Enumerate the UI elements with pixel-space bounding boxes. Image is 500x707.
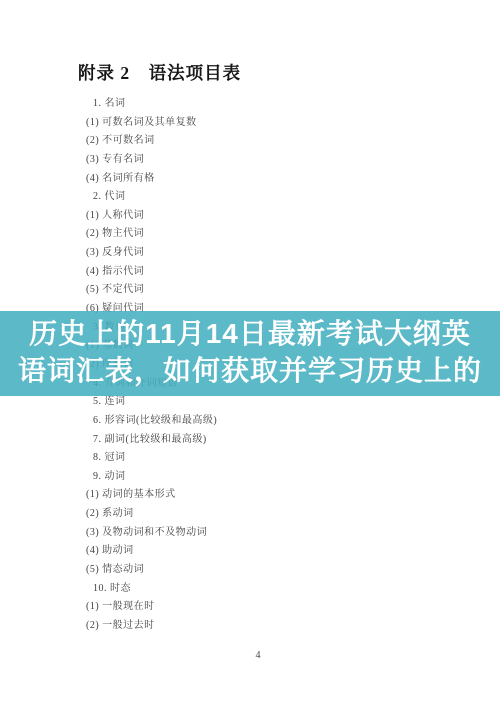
- grammar-list-item: (3) 及物动词和不及物动词: [86, 524, 466, 543]
- overlay-title-line2: 语词汇表，如何获取并学习历史上的: [0, 352, 500, 389]
- grammar-list-item: 1. 名词: [86, 95, 466, 114]
- grammar-list-item: 6. 形容词(比较级和最高级): [86, 412, 466, 431]
- grammar-list-item: 2. 代词: [86, 188, 466, 207]
- grammar-list-item: (4) 指示代词: [86, 263, 466, 282]
- grammar-list-item: (3) 专有名词: [86, 151, 466, 170]
- grammar-list-item: (1) 可数名词及其单复数: [86, 114, 466, 133]
- grammar-list-item: (5) 不定代词: [86, 281, 466, 300]
- grammar-list-item: (1) 一般现在时: [86, 598, 466, 617]
- grammar-list-item: (5) 情态动词: [86, 561, 466, 580]
- overlay-title-banner: 历史上的11月14日最新考试大纲英 语词汇表，如何获取并学习历史上的: [0, 311, 500, 396]
- grammar-list-item: 10. 时态: [86, 580, 466, 599]
- grammar-list-item: 7. 副词(比较级和最高级): [86, 431, 466, 450]
- grammar-list-item: (4) 助动词: [86, 542, 466, 561]
- grammar-list-item: (2) 一般过去时: [86, 617, 466, 636]
- appendix-title: 附录 2 语法项目表: [78, 60, 241, 85]
- grammar-list-item: (2) 系动词: [86, 505, 466, 524]
- scanned-document-page: 附录 2 语法项目表 1. 名词(1) 可数名词及其单复数(2) 不可数名词(3…: [0, 0, 500, 707]
- grammar-list-item: 5. 连词: [86, 393, 466, 412]
- grammar-list-item: (1) 人称代词: [86, 207, 466, 226]
- grammar-list-item: 9. 动词: [86, 468, 466, 487]
- grammar-list-item: (2) 不可数名词: [86, 132, 466, 151]
- overlay-title-line1: 历史上的11月14日最新考试大纲英: [0, 315, 500, 352]
- grammar-list-item: 8. 冠词: [86, 449, 466, 468]
- page-number: 4: [0, 650, 500, 661]
- grammar-list-item: (2) 物主代词: [86, 225, 466, 244]
- grammar-list-item: (4) 名词所有格: [86, 170, 466, 189]
- grammar-list-item: (3) 反身代词: [86, 244, 466, 263]
- grammar-list-item: (1) 动词的基本形式: [86, 486, 466, 505]
